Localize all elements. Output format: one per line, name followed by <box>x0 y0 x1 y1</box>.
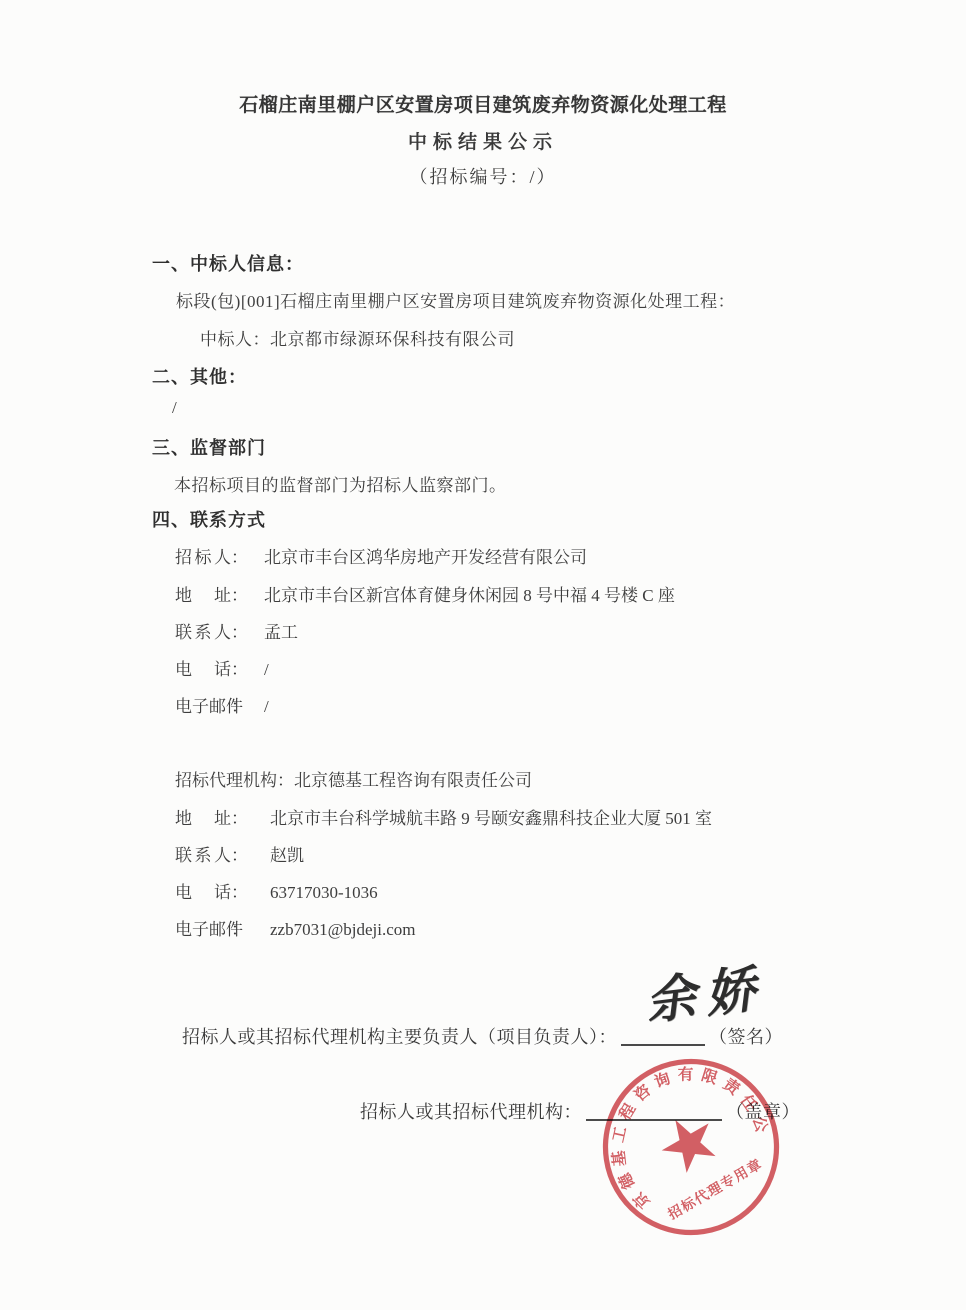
agency-row: 电子邮件：zzb7031@bjdeji.com <box>175 915 415 940</box>
colon: ： <box>231 915 248 940</box>
tenderer-value: 北京市丰台区鸿华房地产开发经营有限公司 <box>248 548 587 567</box>
agency-row: 电话：63717030-1036 <box>175 878 378 903</box>
agency-label: 地址 <box>175 804 231 829</box>
tenderer-row: 电子邮件：/ <box>175 692 269 717</box>
document-title: 石榴庄南里棚户区安置房项目建筑废弃物资源化处理工程 <box>0 90 966 117</box>
colon: ： <box>231 692 248 717</box>
tenderer-label: 电话 <box>175 655 231 680</box>
agency-label: 联系人 <box>175 841 231 866</box>
colon: ： <box>253 325 271 350</box>
winner-name: 北京都市绿源环保科技有限公司 <box>270 330 515 349</box>
colon: ： <box>231 655 248 680</box>
tenderer-row: 联系人：孟工 <box>175 618 298 643</box>
agency-label: 电话 <box>175 878 231 903</box>
handwritten-signature: 余娇 <box>641 948 769 1034</box>
tenderer-label: 招标人 <box>175 543 231 568</box>
agency-label: 电子邮件 <box>175 915 231 940</box>
colon: ： <box>231 581 248 606</box>
tenderer-row: 电话：/ <box>175 655 269 680</box>
section-heading-contact: 四、联系方式 <box>152 506 266 532</box>
tenderer-label: 联系人 <box>175 618 231 643</box>
principal-label: 招标人或其招标代理机构主要负责人（项目负责人）： <box>182 1027 617 1047</box>
tenderer-label: 电子邮件 <box>175 692 231 717</box>
winner-label: 中标人 <box>200 330 253 349</box>
colon: ： <box>231 841 248 866</box>
tenderer-value: / <box>248 697 269 716</box>
colon: ： <box>231 543 248 568</box>
tenderer-value: 北京市丰台区新宫体育健身休闲园 8 号中福 4 号楼 C 座 <box>248 586 675 605</box>
lot-line: 标段(包)[001]石榴庄南里棚户区安置房项目建筑废弃物资源化处理工程： <box>176 287 735 312</box>
document-subtitle: 中标结果公示 <box>0 127 966 154</box>
agency-label: 招标代理机构 <box>175 766 277 791</box>
agency-value: 赵凯 <box>248 846 304 865</box>
agency-value: 63717030-1036 <box>248 883 378 902</box>
tenderer-row: 招标人：北京市丰台区鸿华房地产开发经营有限公司 <box>175 543 587 568</box>
tenderer-value: / <box>248 660 269 679</box>
tenderer-value: 孟工 <box>248 623 298 642</box>
tender-number-line: （招标编号：/） <box>0 163 966 189</box>
colon: ： <box>231 618 248 643</box>
other-content: / <box>172 398 177 418</box>
agency-row: 联系人：赵凯 <box>175 841 304 866</box>
winner-line: 中标人：北京都市绿源环保科技有限公司 <box>200 325 515 350</box>
document-page: 石榴庄南里棚户区安置房项目建筑废弃物资源化处理工程 中标结果公示 （招标编号：/… <box>0 0 966 1310</box>
section-heading-other: 二、其他： <box>152 363 247 389</box>
agency-value: 北京市丰台科学城航丰路 9 号颐安鑫鼎科技企业大厦 501 室 <box>248 809 712 828</box>
company-seal-stamp: 北京德基工程咨询有限责任公司 招标代理专用章 <box>596 1052 786 1242</box>
agency-value: zzb7031@bjdeji.com <box>248 920 415 939</box>
seal-star-icon <box>652 1106 725 1178</box>
agency-value: 北京德基工程咨询有限责任公司 <box>294 771 532 790</box>
section-heading-supervision: 三、监督部门 <box>152 434 266 460</box>
section-heading-winner-info: 一、中标人信息： <box>152 250 304 276</box>
signature-underline <box>621 1043 705 1046</box>
supervision-content: 本招标项目的监督部门为招标人监察部门。 <box>174 471 507 496</box>
org-label: 招标人或其招标代理机构： <box>360 1102 582 1122</box>
tenderer-row: 地址：北京市丰台区新宫体育健身休闲园 8 号中福 4 号楼 C 座 <box>175 581 675 606</box>
tenderer-label: 地址 <box>175 581 231 606</box>
colon: ： <box>231 878 248 903</box>
colon: ： <box>231 804 248 829</box>
colon: ： <box>277 766 294 791</box>
seal-banner-text: 招标代理专用章 <box>664 1155 765 1223</box>
principal-suffix: （签名） <box>709 1027 783 1047</box>
agency-row: 地址：北京市丰台科学城航丰路 9 号颐安鑫鼎科技企业大厦 501 室 <box>175 804 712 829</box>
agency-row: 招标代理机构：北京德基工程咨询有限责任公司 <box>175 766 532 791</box>
principal-sign-line: 招标人或其招标代理机构主要负责人（项目负责人）：（签名） <box>182 1023 783 1049</box>
